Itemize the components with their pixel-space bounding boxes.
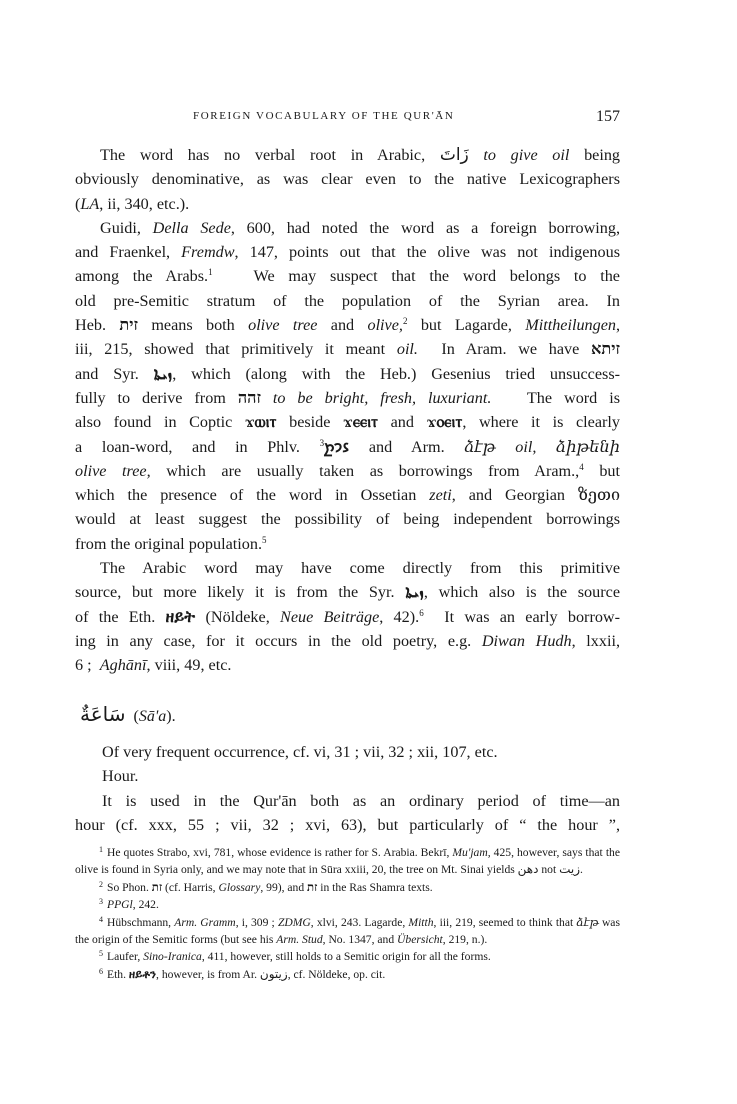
coptic-word: ϫⲱⲓⲧ: [245, 413, 277, 431]
footnote-2: 2So Phon. זת (cf. Harris, Glossary, 99),…: [75, 879, 620, 896]
text-line: olive tree, which are usually taken as b…: [75, 459, 620, 483]
running-head: Foreign Vocabulary of the Qur'ān 157: [75, 108, 620, 128]
arabic-word: زَاتَ: [440, 145, 469, 165]
hebrew-word: זית: [119, 316, 138, 334]
text-line: old pre-Semitic stratum of the populatio…: [75, 289, 620, 313]
page-number: 157: [596, 108, 620, 126]
text-line: also found in Coptic ϫⲱⲓⲧ beside ϫⲉⲉⲓⲧ a…: [75, 410, 620, 434]
footnote-1: 1He quotes Strabo, xvi, 781, whose evide…: [75, 844, 620, 879]
text-line: Heb. זית means both olive tree and olive…: [75, 313, 620, 337]
text-line: (LA, ii, 340, etc.).: [75, 192, 620, 216]
text-line: Guidi, Della Sede, 600, had noted the wo…: [75, 216, 620, 240]
text-line: The Arabic word may have come directly f…: [75, 556, 620, 580]
footnote-ref[interactable]: 6: [419, 608, 424, 618]
text-line: from the original population.5: [75, 532, 620, 556]
footnote-ref[interactable]: 1: [208, 267, 213, 277]
text-line: iii, 215, showed that primitively it mea…: [75, 337, 620, 361]
entry-heading: سَاعَةٌ (Sā'a).: [80, 702, 176, 726]
text-line: would at least suggest the possibility o…: [75, 507, 620, 531]
text-line: source, but more likely it is from the S…: [75, 580, 620, 604]
transliteration: Sā'a: [139, 708, 166, 725]
paragraph-2: Guidi, Della Sede, 600, had noted the wo…: [75, 216, 620, 556]
text-line: of the Eth. ዘይት (Nöldeke, Neue Beiträge,…: [75, 605, 620, 629]
hebrew-word: זהה: [238, 389, 261, 407]
footnotes: 1He quotes Strabo, xvi, 781, whose evide…: [75, 844, 620, 983]
text-line: obviously denominative, as was clear eve…: [75, 167, 620, 191]
footnote-ref[interactable]: 4: [579, 462, 584, 472]
text-line: and Fraenkel, Fremdw, 147, points out th…: [75, 240, 620, 264]
text-line: among the Arabs.1 We may suspect that th…: [75, 264, 620, 288]
paragraph-3: The Arabic word may have come directly f…: [75, 556, 620, 677]
text-line: 6 ; Aghānī, viii, 49, etc.: [75, 653, 620, 677]
footnote-3: 3PPGl, 242.: [75, 896, 620, 913]
text-line: and Syr. ܙܝܬܐ, which (along with the Heb…: [75, 362, 620, 386]
entry-body: Of very frequent occurrence, cf. vi, 31 …: [75, 740, 620, 837]
coptic-word: ϫⲉⲉⲓⲧ: [343, 413, 378, 431]
syriac-word: ܙܝܬܐ: [405, 583, 424, 601]
occurrence-line: Of very frequent occurrence, cf. vi, 31 …: [75, 740, 620, 764]
text-line: a loan-word, and in Phlv. 𐭦𐭩𐭲3 and Arm. …: [75, 435, 620, 459]
footnote-6: 6Eth. ዘይቶን, however, is from Ar. زيتون, …: [75, 966, 620, 983]
coptic-word: ϫⲟⲉⲓⲧ: [427, 413, 463, 431]
paragraph-1: The word has no verbal root in Arabic, ز…: [75, 143, 620, 216]
aramaic-word: זיתא: [591, 340, 620, 358]
armenian-word: ձիթենի: [556, 438, 620, 456]
meaning-line: Hour.: [75, 764, 620, 788]
usage-line: hour (cf. xxx, 55 ; vii, 32 ; xvi, 63), …: [75, 813, 620, 837]
footnote-ref[interactable]: 2: [403, 316, 408, 326]
pahlavi-word: 𐭦𐭩𐭲: [324, 438, 349, 456]
syriac-word: ܙܝܬܐ: [154, 365, 173, 383]
body-text: The word has no verbal root in Arabic, ز…: [75, 143, 620, 678]
georgian-word: ზეთი: [578, 486, 620, 504]
footnote-4: 4Hübschmann, Arm. Gramm, i, 309 ; ZDMG, …: [75, 914, 620, 949]
text-line: fully to derive from זהה to be bright, f…: [75, 386, 620, 410]
armenian-word: ձէթ: [464, 438, 495, 456]
usage-line: It is used in the Qur'ān both as an ordi…: [75, 789, 620, 813]
footnote-5: 5Laufer, Sino-Iranica, 411, however, sti…: [75, 948, 620, 965]
text-line: ing in any case, for it occurs in the ol…: [75, 629, 620, 653]
running-title: Foreign Vocabulary of the Qur'ān: [193, 110, 454, 122]
text-line: The word has no verbal root in Arabic, ز…: [75, 143, 620, 167]
text-line: which the presence of the word in Osseti…: [75, 483, 620, 507]
footnote-ref[interactable]: 5: [262, 535, 267, 545]
arabic-headword: سَاعَةٌ: [80, 702, 126, 726]
ethiopic-word: ዘይት: [166, 608, 196, 626]
